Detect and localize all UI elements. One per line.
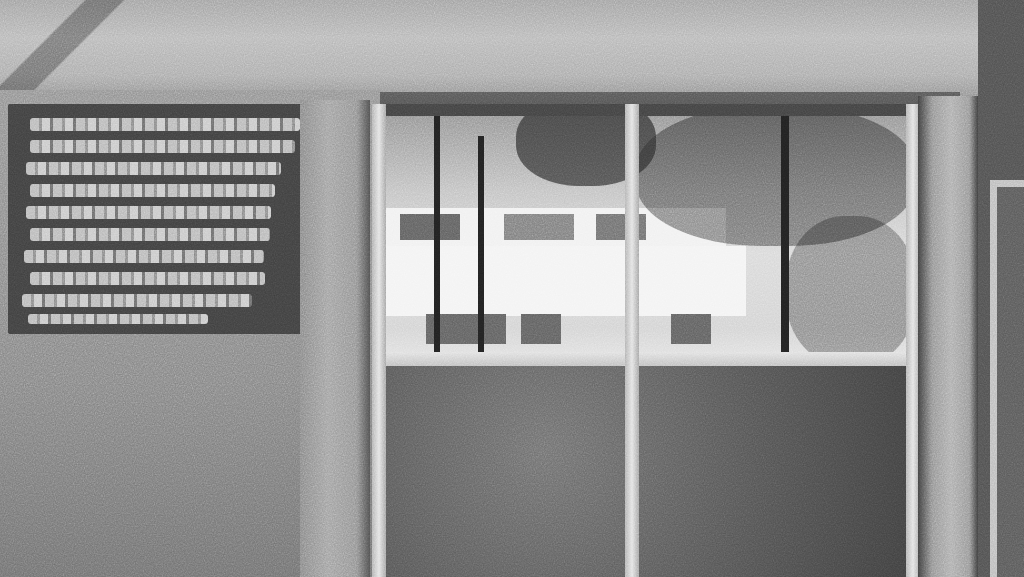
plaque-text-line xyxy=(24,250,264,263)
plaque-text-line xyxy=(26,162,281,175)
gate-horizontal-rail xyxy=(386,352,910,366)
right-pillar xyxy=(918,96,978,577)
gate-bar xyxy=(625,104,639,577)
gate-lower-panel xyxy=(386,366,910,577)
background-building-view xyxy=(386,116,910,366)
plaque-text-line xyxy=(30,228,270,241)
inscription-plaque xyxy=(8,104,304,334)
plaque-text-line xyxy=(22,294,252,307)
plaque-text-line xyxy=(30,118,300,131)
side-door-frame xyxy=(990,180,1024,577)
plaque-text-line xyxy=(26,206,271,219)
left-pillar xyxy=(300,100,370,577)
plaque-text-line xyxy=(30,184,275,197)
building-window xyxy=(521,314,561,344)
photo-scene: Grainy black-and-white photograph of a b… xyxy=(0,0,1024,577)
tree-foliage xyxy=(786,216,910,366)
tree-trunk xyxy=(781,116,789,366)
tree-trunk xyxy=(434,116,440,366)
building-window xyxy=(504,214,574,240)
plaque-text-line xyxy=(30,140,295,153)
building-window xyxy=(400,214,460,240)
gate-bar xyxy=(372,104,386,577)
building-band xyxy=(386,246,746,316)
plaque-text-line xyxy=(30,272,265,285)
plaque-text-line xyxy=(28,314,208,324)
tree-trunk xyxy=(478,136,484,366)
building-window xyxy=(671,314,711,344)
